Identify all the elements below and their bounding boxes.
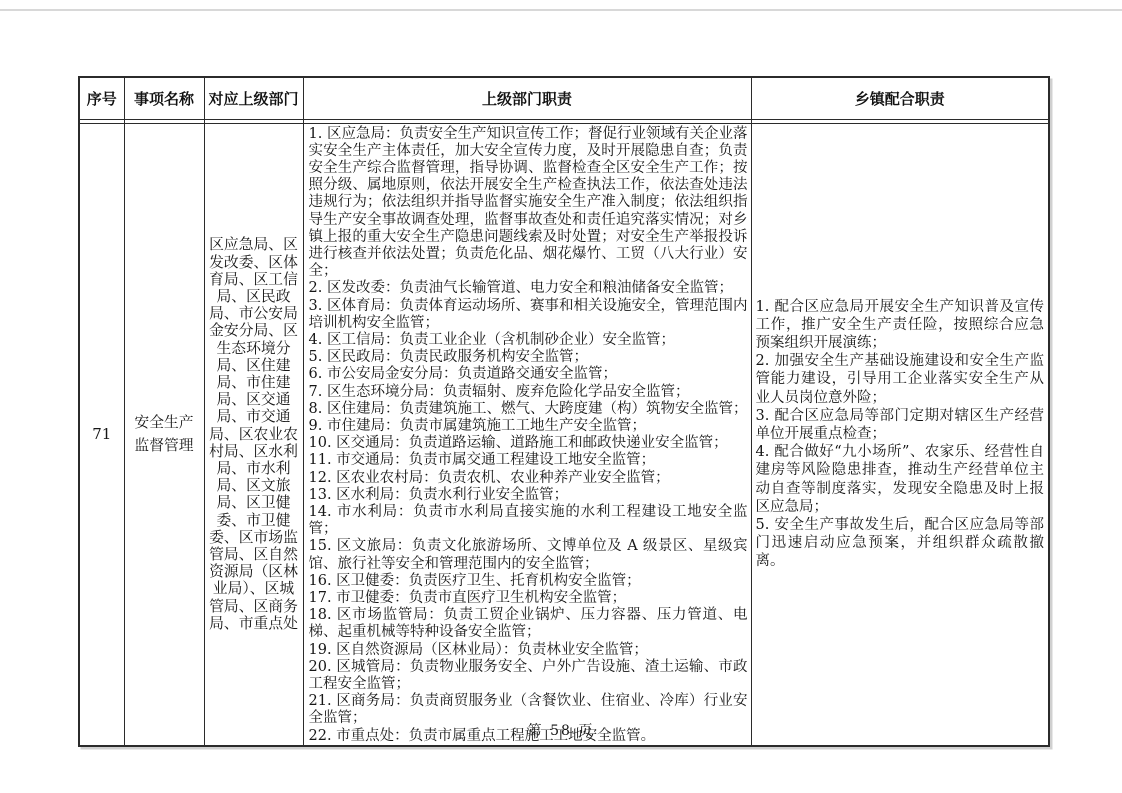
duty-item: 2. 区发改委：负责油气长输管道、电力安全和粮油储备安全监管； — [309, 280, 748, 297]
page-number: 第 58 页 — [0, 720, 1122, 740]
cell-superior-departments: 区应急局、区发改委、区体育局、区工信局、区民政局、市公安局金安分局、区生态环境分… — [204, 123, 303, 746]
cell-township-duties: 1. 配合区应急局开展安全生产知识普及宣传工作，推广安全生产责任险，按照综合应急… — [751, 123, 1049, 746]
duty-item: 8. 区住建局：负责建筑施工、燃气、大跨度建（构）筑物安全监管； — [309, 401, 748, 418]
duty-item: 1. 配合区应急局开展安全生产知识普及宣传工作，推广安全生产责任险，按照综合应急… — [756, 298, 1045, 353]
table-header-row: 序号 事项名称 对应上级部门 上级部门职责 乡镇配合职责 — [79, 77, 1049, 119]
duty-item: 7. 区生态环境分局：负责辐射、废弃危险化学品安全监管； — [309, 384, 748, 401]
duty-item: 18. 区市场监管局：负责工贸企业锅炉、压力容器、压力管道、电梯、起重机械等特种… — [309, 607, 748, 641]
item-name-text: 安全生产监督管理 — [134, 411, 195, 457]
duty-item: 1. 区应急局：负责安全生产知识宣传工作；督促行业领域有关企业落实安全生产主体责… — [309, 126, 748, 281]
cell-superior-duties: 1. 区应急局：负责安全生产知识宣传工作；督促行业领域有关企业落实安全生产主体责… — [303, 123, 751, 746]
col-header-sequence: 序号 — [79, 77, 124, 119]
duty-item: 17. 市卫健委：负责市直医疗卫生机构安全监管； — [309, 590, 748, 607]
duty-item: 6. 市公安局金安分局：负责道路交通安全监管； — [309, 366, 748, 383]
responsibility-table: 序号 事项名称 对应上级部门 上级部门职责 乡镇配合职责 71 安全生产监督管理 — [78, 76, 1050, 747]
duty-item: 11. 市交通局：负责市属交通工程建设工地安全监管； — [309, 452, 748, 469]
superior-duties-list: 1. 区应急局：负责安全生产知识宣传工作；督促行业领域有关企业落实安全生产主体责… — [309, 126, 748, 745]
duty-item: 2. 加强安全生产基础设施建设和安全生产监管能力建设，引导用工企业落实安全生产从… — [756, 352, 1045, 407]
duty-item: 3. 配合区应急局等部门定期对辖区生产经营单位开展重点检查； — [756, 407, 1045, 443]
duty-item: 4. 配合做好“九小场所”、农家乐、经营性自建房等风险隐患排查，推动生产经营单位… — [756, 443, 1045, 516]
col-header-superior-departments: 对应上级部门 — [204, 77, 303, 119]
duty-item: 13. 区水利局：负责水利行业安全监管； — [309, 487, 748, 504]
cell-item-name: 安全生产监督管理 — [124, 123, 204, 746]
duty-item: 20. 区城管局：负责物业服务安全、户外广告设施、渣土运输、市政工程安全监管； — [309, 659, 748, 693]
duty-item: 10. 区交通局：负责道路运输、道路施工和邮政快递业安全监管； — [309, 435, 748, 452]
duty-item: 5. 安全生产事故发生后，配合区应急局等部门迅速启动应急预案，并组织群众疏散撤离… — [756, 516, 1045, 571]
col-header-item-name: 事项名称 — [124, 77, 204, 119]
document-page: 序号 事项名称 对应上级部门 上级部门职责 乡镇配合职责 71 安全生产监督管理 — [0, 0, 1122, 793]
page-edge-line — [0, 9, 1122, 11]
township-duties-list: 1. 配合区应急局开展安全生产知识普及宣传工作，推广安全生产责任险，按照综合应急… — [756, 298, 1045, 571]
duty-item: 14. 市水利局：负责市水利局直接实施的水利工程建设工地安全监管； — [309, 504, 748, 538]
duty-item: 9. 市住建局：负责市属建筑施工工地生产安全监管； — [309, 418, 748, 435]
duty-item: 4. 区工信局：负责工业企业（含机制砂企业）安全监管； — [309, 332, 748, 349]
duty-item: 5. 区民政局：负责民政服务机构安全监管； — [309, 349, 748, 366]
table-row: 71 安全生产监督管理 区应急局、区发改委、区体育局、区工信局、区民政局、市公安… — [79, 123, 1049, 746]
duty-item: 12. 区农业农村局：负责农机、农业种养产业安全监管； — [309, 470, 748, 487]
duty-item: 19. 区自然资源局（区林业局）：负责林业安全监管； — [309, 642, 748, 659]
cell-sequence-number: 71 — [79, 123, 124, 746]
col-header-township-duties: 乡镇配合职责 — [751, 77, 1049, 119]
superior-departments-text: 区应急局、区发改委、区体育局、区工信局、区民政局、市公安局金安分局、区生态环境分… — [208, 236, 300, 632]
duty-item: 16. 区卫健委：负责医疗卫生、托育机构安全监管； — [309, 573, 748, 590]
duty-item: 3. 区体育局：负责体育运动场所、赛事和相关设施安全，管理范围内培训机构安全监管… — [309, 298, 748, 332]
duty-item: 15. 区文旅局：负责文化旅游场所、文博单位及 A 级景区、星级宾馆、旅行社等安… — [309, 538, 748, 572]
col-header-superior-duties: 上级部门职责 — [303, 77, 751, 119]
